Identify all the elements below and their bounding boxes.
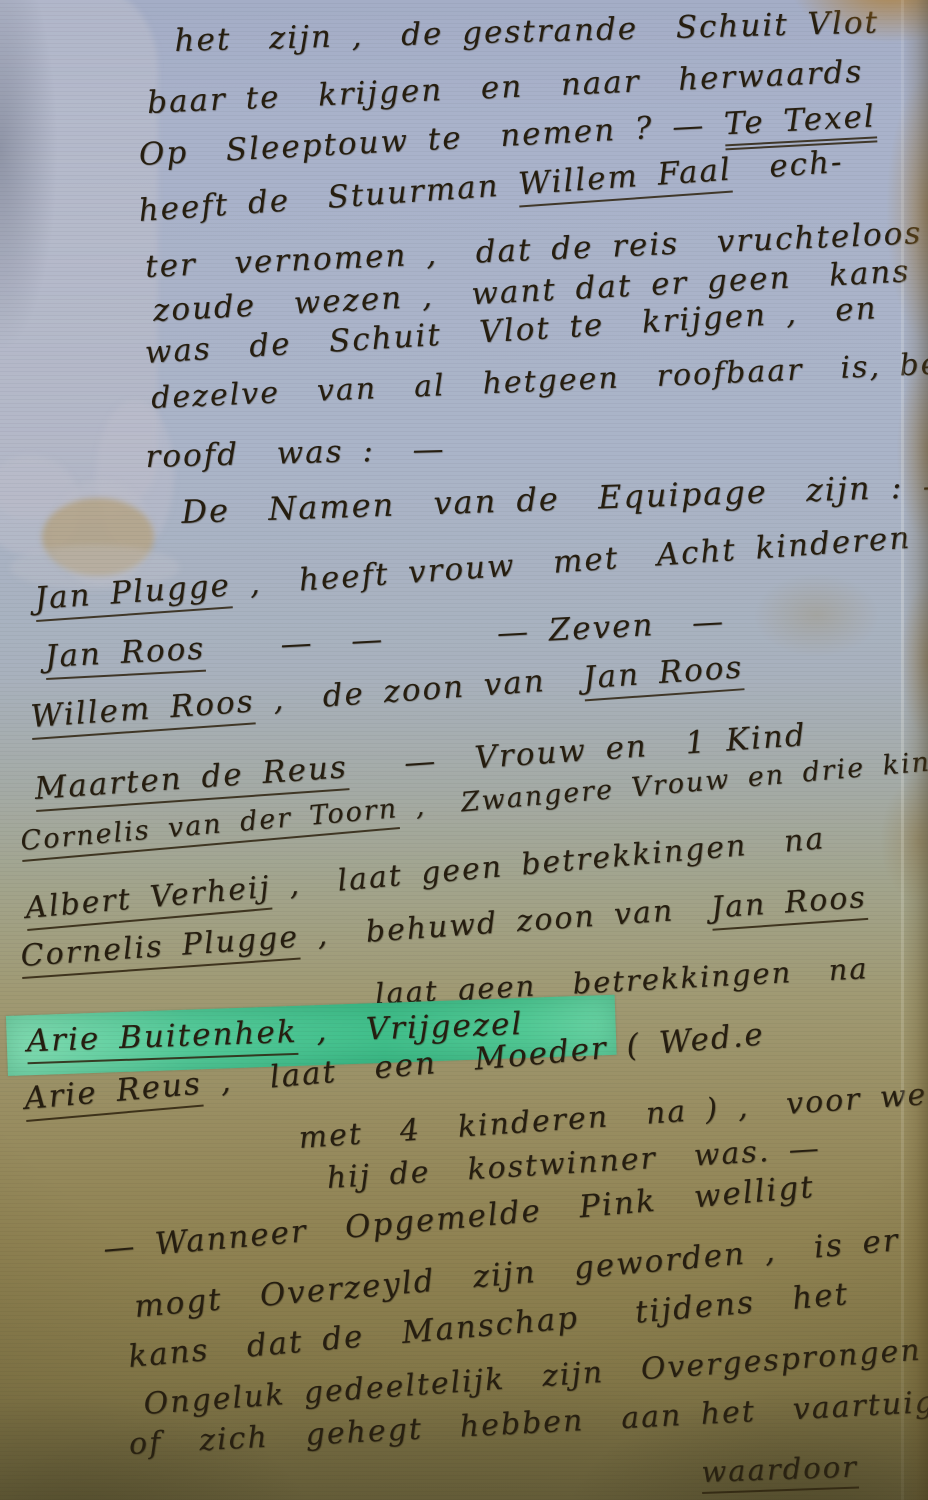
- text-segment: , de zoon van: [253, 660, 584, 719]
- underlined-name: waardoor: [701, 1450, 859, 1494]
- underlined-name: Albert Verheij: [24, 870, 273, 931]
- text-line: roofd was : —: [145, 432, 446, 475]
- text-segment: het zijn , de gestrande Schuit Vlot: [174, 5, 879, 59]
- text-line: waardoor: [701, 1451, 859, 1490]
- underlined-name: Willem Faal: [517, 152, 733, 208]
- underlined-name: Arie Buitenhek: [26, 1014, 298, 1064]
- text-segment: De Namen van de Equipage zijn : —: [181, 466, 928, 531]
- underlined-name: Jan Plugge: [33, 567, 232, 622]
- text-line: het zijn , de gestrande Schuit Vlot: [174, 6, 879, 60]
- text-segment: heeft de Stuurman: [137, 167, 519, 229]
- underlined-name: Jan Roos: [582, 649, 745, 701]
- text-segment: ech-: [730, 144, 844, 188]
- text-segment: , behuwd zoon van: [298, 891, 713, 955]
- handwritten-text-block: het zijn , de gestrande Schuit Vlotbaar …: [0, 0, 928, 1500]
- underlined-name: Te Texel: [723, 98, 877, 150]
- text-segment: , heeft vrouw met Acht kinderen: [229, 520, 912, 603]
- text-segment: roofd was : —: [145, 431, 446, 475]
- underlined-name: Jan Roos: [710, 880, 868, 931]
- underlined-name: Cornelis Plugge: [20, 920, 301, 979]
- underlined-name: Jan Roos: [44, 631, 206, 680]
- manuscript-page: het zijn , de gestrande Schuit Vlotbaar …: [0, 0, 928, 1500]
- underlined-name: Willem Roos: [29, 683, 256, 740]
- text-line: De Namen van de Equipage zijn : —: [181, 467, 928, 531]
- text-line: Jan Plugge , heeft vrouw met Acht kinder…: [34, 521, 913, 618]
